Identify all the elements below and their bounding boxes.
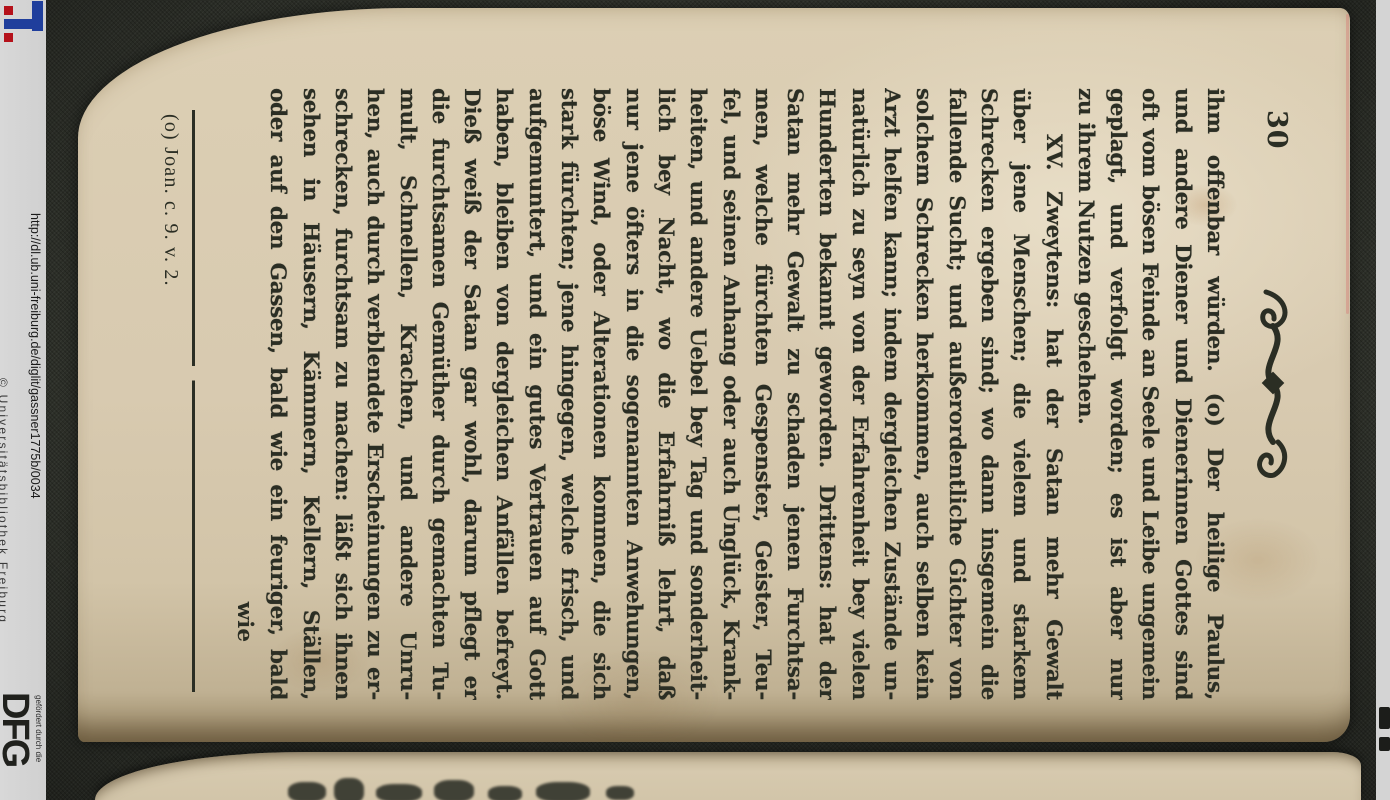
text-line: schrecken, furchtsam zu machen: läßt sic…: [326, 88, 358, 700]
dfg-logo: DFG: [0, 692, 36, 766]
next-page-text-fragment: [288, 782, 326, 800]
text-line: natürlich zu seyn von der Erfahrenheit b…: [842, 88, 874, 700]
paragraph: ihm offenbar würden. (o) Der heilige Pau…: [1069, 88, 1230, 700]
dfg-caption-label: gefördert durch die: [34, 695, 43, 762]
text-line: nur jene öfters in die sogenannten Anweh…: [616, 88, 648, 700]
paragraph: XV. Zweytens: hat der Satan mehr Gewaltü…: [261, 88, 1068, 700]
header-flourish-ornament-icon: [1250, 286, 1294, 482]
text-line: hen, auch durch verblendete Erscheinunge…: [358, 88, 390, 700]
scan-viewer: 30 ihm offenbar würden. (o) Der heilige …: [0, 0, 1390, 800]
dfg-logo-fragment: [1379, 737, 1390, 751]
text-line: sehen in Häusern, Kämmern, Kellern, Stäl…: [293, 88, 325, 700]
text-line: Arzt helfen kann; indem dergleichen Zust…: [875, 88, 907, 700]
text-line: aufgemuntert, und ein gutes Vertrauen au…: [519, 88, 551, 700]
text-line: und andere Diener und Dienerinnen Gottes…: [1165, 88, 1197, 700]
text-line: oft vom bösen Feinde an Seele und Leibe …: [1133, 88, 1165, 700]
text-line: heiten, und andere Uebel bey Tag und son…: [681, 88, 713, 700]
text-line: Schrecken ergeben sind; wo dann insgemei…: [972, 88, 1004, 700]
page-number: 30: [1261, 110, 1292, 150]
page-header: 30: [1250, 88, 1294, 700]
next-page-text-fragment: [376, 784, 422, 800]
text-line: geplagt, und verfolgt worden; es ist abe…: [1101, 88, 1133, 700]
text-line: fel, und seinen Anhang oder auch Unglück…: [713, 88, 745, 700]
footnote: (o) Joan. c. 9. v. 2.: [159, 114, 182, 700]
text-line: haben, bleiben von dergleichen Anfällen …: [487, 88, 519, 700]
next-page-text-fragment: [334, 778, 364, 800]
text-line: ihm offenbar würden. (o) Der heilige Pau…: [1198, 88, 1230, 700]
next-page-text-fragment: [488, 786, 522, 800]
text-line: men, welche fürchten Gespenster, Geister…: [746, 88, 778, 700]
text-line: die furchtsamen Gemüther durch gemachten…: [423, 88, 455, 700]
right-margin-strip: © Universitätsbibliothek Freiburg: [1376, 0, 1390, 800]
text-line: XV. Zweytens: hat der Satan mehr Gewalt: [1036, 88, 1068, 700]
body-text: ihm offenbar würden. (o) Der heilige Pau…: [159, 88, 1230, 700]
text-line: Hunderten bekannt geworden. Drittens: ha…: [810, 88, 842, 700]
text-line: zu ihrem Nutzen geschehen.: [1069, 88, 1101, 700]
text-line: Satan mehr Gewalt zu schaden jenen Furch…: [778, 88, 810, 700]
next-page-text-fragment: [434, 780, 474, 800]
text-line: Dieß weiß der Satan gar wohl, darum pfle…: [455, 88, 487, 700]
text-line: lich bey Nacht, wo die Erfahrniß lehrt, …: [649, 88, 681, 700]
text-line: solchem Schrecken herkommen, auch selben…: [907, 88, 939, 700]
page-content-rotated: 30 ihm offenbar würden. (o) Der heilige …: [102, 88, 1318, 700]
text-line: stark fürchten; jene hingegen, welche fr…: [552, 88, 584, 700]
document-url-label: http://dl.ub.uni-freiburg.de/diglit/gass…: [28, 213, 42, 499]
catchword: wie: [229, 88, 259, 700]
footnote-rule: [192, 110, 195, 692]
logo-blue-bar-icon: [4, 19, 43, 29]
logo-red-square-icon: [4, 33, 13, 42]
left-margin-strip: http://dl.ub.uni-freiburg.de/diglit/gass…: [0, 0, 46, 800]
text-line: oder auf den Gassen, bald wie ein feurig…: [261, 88, 293, 700]
next-page-text-fragment: [606, 786, 634, 800]
text-line: über jene Menschen; die vielem und stark…: [1004, 88, 1036, 700]
logo-red-square-icon: [4, 6, 13, 15]
text-line: mult, Schnellen, Krachen, und andere Unr…: [390, 88, 422, 700]
next-page-edge: [95, 752, 1361, 800]
text-line: fallende Sucht; und außerordentliche Gic…: [939, 88, 971, 700]
page-edge-highlight: [1346, 14, 1349, 314]
next-page-text-fragment: [536, 782, 590, 800]
copyright-label: © Universitätsbibliothek Freiburg: [0, 378, 10, 624]
dfg-logo-fragment: [1379, 707, 1390, 729]
text-line: böse Wind, oder Alterationen kommen, die…: [584, 88, 616, 700]
